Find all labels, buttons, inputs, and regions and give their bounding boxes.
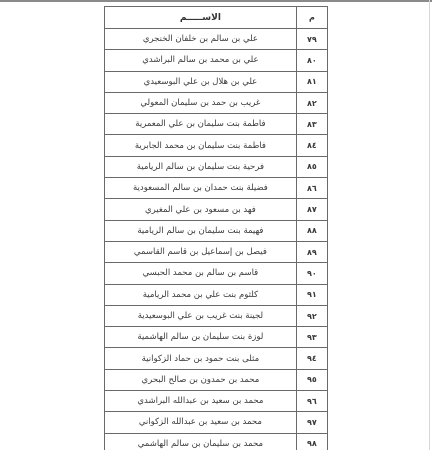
row-name: محمد بن سعيد بن عبدالله البراشدي — [105, 391, 297, 412]
row-name: محمد بن سعيد بن عبدالله الزكواني — [105, 412, 297, 433]
row-name: محمد بن حمدون بن صالح البحري — [105, 369, 297, 390]
row-name: علي بن سالم بن خلفان الخنجري — [105, 29, 297, 50]
table-row: ٨٠علي بن محمد بن سالم البراشدي — [105, 50, 328, 71]
row-number: ٨٠ — [296, 50, 327, 71]
row-number: ٨٥ — [296, 156, 327, 177]
table-header-row: م الاســـــم — [105, 7, 328, 29]
names-table: م الاســـــم ٧٩علي بن سالم بن خلفان الخن… — [104, 6, 328, 450]
row-name: قاسم بن سالم بن محمد الحبسي — [105, 263, 297, 284]
row-name: فيصل بن إسماعيل بن قاسم القاسمي — [105, 241, 297, 262]
table-row: ٨٧فهد بن مسعود بن علي المغيري — [105, 199, 328, 220]
row-name: كلثوم بنت علي بن محمد الريامية — [105, 284, 297, 305]
row-name: فضيلة بنت حمدان بن سالم المسعودية — [105, 178, 297, 199]
row-name: فرحية بنت سليمان بن سالم الريامية — [105, 156, 297, 177]
row-number: ٩٣ — [296, 327, 327, 348]
row-number: ٩٢ — [296, 305, 327, 326]
row-number: ٨٨ — [296, 220, 327, 241]
row-name: فهد بن مسعود بن علي المغيري — [105, 199, 297, 220]
header-name: الاســـــم — [105, 7, 297, 29]
table-row: ٨٤فاطمة بنت سليمان بن محمد الجابرية — [105, 135, 328, 156]
row-number: ٨٦ — [296, 178, 327, 199]
row-number: ٩٨ — [296, 433, 327, 450]
row-number: ٩٥ — [296, 369, 327, 390]
table-row: ٩٢لجينة بنت غريب بن علي البوسعيدية — [105, 305, 328, 326]
table-row: ٧٩علي بن سالم بن خلفان الخنجري — [105, 29, 328, 50]
row-name: علي بن محمد بن سالم البراشدي — [105, 50, 297, 71]
table-row: ٨٦فضيلة بنت حمدان بن سالم المسعودية — [105, 178, 328, 199]
row-name: لوزة بنت سليمان بن سالم الهاشمية — [105, 327, 297, 348]
row-number: ٩٧ — [296, 412, 327, 433]
row-name: علي بن هلال بن علي البوسعيدي — [105, 71, 297, 92]
table-row: ٩٥محمد بن حمدون بن صالح البحري — [105, 369, 328, 390]
right-border — [429, 0, 430, 450]
row-number: ٨٩ — [296, 241, 327, 262]
row-name: فاطمة بنت سليمان بن علي المعمرية — [105, 114, 297, 135]
row-number: ٨١ — [296, 71, 327, 92]
table-row: ٨٣فاطمة بنت سليمان بن علي المعمرية — [105, 114, 328, 135]
table-row: ٩٤مثلى بنت حمود بن حماد الزكوانية — [105, 348, 328, 369]
row-number: ٧٩ — [296, 29, 327, 50]
table-row: ٩٦محمد بن سعيد بن عبدالله البراشدي — [105, 391, 328, 412]
row-number: ٨٧ — [296, 199, 327, 220]
row-name: لجينة بنت غريب بن علي البوسعيدية — [105, 305, 297, 326]
row-number: ٨٢ — [296, 92, 327, 113]
table-row: ٨٥فرحية بنت سليمان بن سالم الريامية — [105, 156, 328, 177]
row-number: ٩٠ — [296, 263, 327, 284]
table-row: ٨٨فهيمة بنت سليمان بن سالم الريامية — [105, 220, 328, 241]
row-number: ٨٣ — [296, 114, 327, 135]
row-name: فهيمة بنت سليمان بن سالم الريامية — [105, 220, 297, 241]
row-name: محمد بن سليمان بن سالم الهاشمي — [105, 433, 297, 450]
row-number: ٩١ — [296, 284, 327, 305]
row-name: مثلى بنت حمود بن حماد الزكوانية — [105, 348, 297, 369]
header-number: م — [296, 7, 327, 29]
row-number: ٩٤ — [296, 348, 327, 369]
table-row: ٩٣لوزة بنت سليمان بن سالم الهاشمية — [105, 327, 328, 348]
row-name: غريب بن حمد بن سليمان المعولي — [105, 92, 297, 113]
table-row: ٨١علي بن هلال بن علي البوسعيدي — [105, 71, 328, 92]
table-row: ٨٢غريب بن حمد بن سليمان المعولي — [105, 92, 328, 113]
table-row: ٩٧محمد بن سعيد بن عبدالله الزكواني — [105, 412, 328, 433]
top-border — [0, 0, 432, 2]
row-name: فاطمة بنت سليمان بن محمد الجابرية — [105, 135, 297, 156]
table-row: ٩٠قاسم بن سالم بن محمد الحبسي — [105, 263, 328, 284]
table-row: ٩٨محمد بن سليمان بن سالم الهاشمي — [105, 433, 328, 450]
row-number: ٨٤ — [296, 135, 327, 156]
table-row: ٨٩فيصل بن إسماعيل بن قاسم القاسمي — [105, 241, 328, 262]
table-row: ٩١كلثوم بنت علي بن محمد الريامية — [105, 284, 328, 305]
row-number: ٩٦ — [296, 391, 327, 412]
